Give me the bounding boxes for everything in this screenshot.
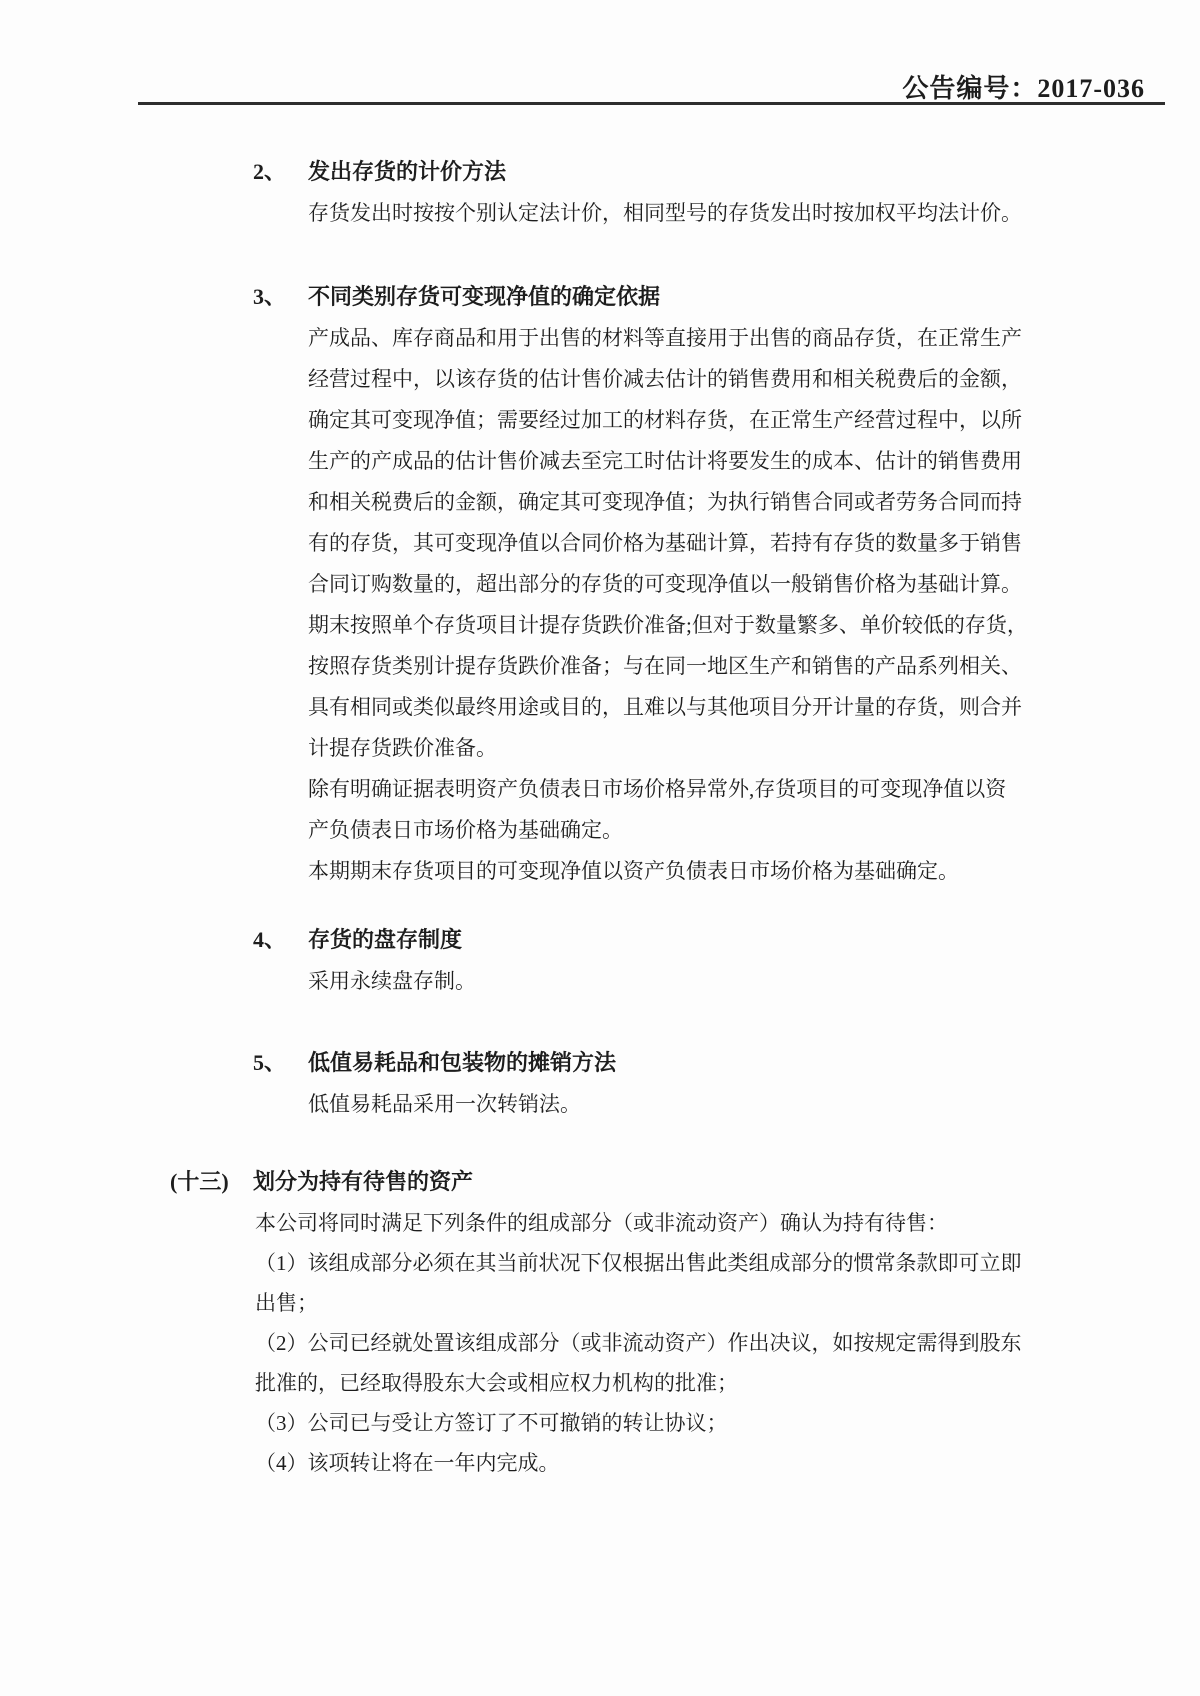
body-line: （2）公司已经就处置该组成部分（或非流动资产）作出决议，如按规定需得到股东	[255, 1323, 1200, 1363]
section-body: 产成品、库存商品和用于出售的材料等直接用于出售的商品存货，在正常生产经营过程中，…	[308, 318, 1200, 892]
body-line: （4）该项转让将在一年内完成。	[255, 1443, 1200, 1483]
body-line: 合同订购数量的，超出部分的存货的可变现净值以一般销售价格为基础计算。	[308, 564, 1200, 605]
section-number: 2、	[253, 151, 286, 193]
section-amortization-method: 5、低值易耗品和包装物的摊销方法低值易耗品采用一次转销法。	[0, 1042, 1200, 1125]
section-heading: (十三)划分为持有待售的资产	[0, 1161, 1200, 1203]
body-line: （1）该组成部分必须在其当前状况下仅根据出售此类组成部分的惯常条款即可立即	[255, 1243, 1200, 1283]
body-line: （3）公司已与受让方签订了不可撤销的转让协议；	[255, 1403, 1200, 1443]
body-line: 经营过程中，以该存货的估计售价减去估计的销售费用和相关税费后的金额，	[308, 359, 1200, 400]
body-line: 存货发出时按按个别认定法计价，相同型号的存货发出时按加权平均法计价。	[308, 193, 1200, 234]
body-line: 低值易耗品采用一次转销法。	[308, 1084, 1200, 1125]
body-line: 计提存货跌价准备。	[308, 728, 1200, 769]
section-body: 采用永续盘存制。	[308, 961, 1200, 1002]
section-number: 4、	[253, 919, 286, 961]
body-line: 和相关税费后的金额，确定其可变现净值；为执行销售合同或者劳务合同而持	[308, 482, 1200, 523]
header-rule	[138, 102, 1165, 105]
section-issue-pricing: 2、发出存货的计价方法存货发出时按按个别认定法计价，相同型号的存货发出时按加权平…	[0, 151, 1200, 234]
section-number: (十三)	[170, 1161, 229, 1203]
section-heading: 4、存货的盘存制度	[0, 919, 1200, 961]
notice-number: 公告编号：2017-036	[902, 68, 1145, 105]
section-number: 3、	[253, 276, 286, 318]
section-title: 发出存货的计价方法	[308, 151, 506, 193]
body-line: 产负债表日市场价格为基础确定。	[308, 810, 1200, 851]
section-count-system: 4、存货的盘存制度采用永续盘存制。	[0, 919, 1200, 1002]
body-line: 具有相同或类似最终用途或目的，且难以与其他项目分开计量的存货，则合并	[308, 687, 1200, 728]
section-number: 5、	[253, 1042, 286, 1084]
section-body: 低值易耗品采用一次转销法。	[308, 1084, 1200, 1125]
section-body: 本公司将同时满足下列条件的组成部分（或非流动资产）确认为持有待售：（1）该组成部…	[255, 1203, 1200, 1483]
body-line: 除有明确证据表明资产负债表日市场价格异常外,存货项目的可变现净值以资	[308, 769, 1200, 810]
body-line: 期末按照单个存货项目计提存货跌价准备;但对于数量繁多、单价较低的存货，	[308, 605, 1200, 646]
body-line: 按照存货类别计提存货跌价准备；与在同一地区生产和销售的产品系列相关、	[308, 646, 1200, 687]
body-line: 确定其可变现净值；需要经过加工的材料存货，在正常生产经营过程中，以所	[308, 400, 1200, 441]
body-line: 出售；	[255, 1283, 1200, 1323]
body-line: 有的存货，其可变现净值以合同价格为基础计算，若持有存货的数量多于销售	[308, 523, 1200, 564]
body-line: 本期期末存货项目的可变现净值以资产负债表日市场价格为基础确定。	[308, 851, 1200, 892]
body-line: 产成品、库存商品和用于出售的材料等直接用于出售的商品存货，在正常生产	[308, 318, 1200, 359]
body-line: 本公司将同时满足下列条件的组成部分（或非流动资产）确认为持有待售：	[255, 1203, 1200, 1243]
section-title: 不同类别存货可变现净值的确定依据	[308, 276, 660, 318]
section-title: 划分为持有待售的资产	[253, 1161, 473, 1203]
body-line: 采用永续盘存制。	[308, 961, 1200, 1002]
body-line: 生产的产成品的估计售价减去至完工时估计将要发生的成本、估计的销售费用	[308, 441, 1200, 482]
document-page: 公告编号：2017-036 2、发出存货的计价方法存货发出时按按个别认定法计价，…	[0, 0, 1200, 1696]
section-heading: 3、不同类别存货可变现净值的确定依据	[0, 276, 1200, 318]
section-nrv-basis: 3、不同类别存货可变现净值的确定依据产成品、库存商品和用于出售的材料等直接用于出…	[0, 276, 1200, 892]
section-held-for-sale: (十三)划分为持有待售的资产本公司将同时满足下列条件的组成部分（或非流动资产）确…	[0, 1161, 1200, 1483]
section-body: 存货发出时按按个别认定法计价，相同型号的存货发出时按加权平均法计价。	[308, 193, 1200, 234]
section-heading: 2、发出存货的计价方法	[0, 151, 1200, 193]
section-title: 低值易耗品和包装物的摊销方法	[308, 1042, 616, 1084]
section-title: 存货的盘存制度	[308, 919, 462, 961]
section-heading: 5、低值易耗品和包装物的摊销方法	[0, 1042, 1200, 1084]
body-line: 批准的，已经取得股东大会或相应权力机构的批准；	[255, 1363, 1200, 1403]
